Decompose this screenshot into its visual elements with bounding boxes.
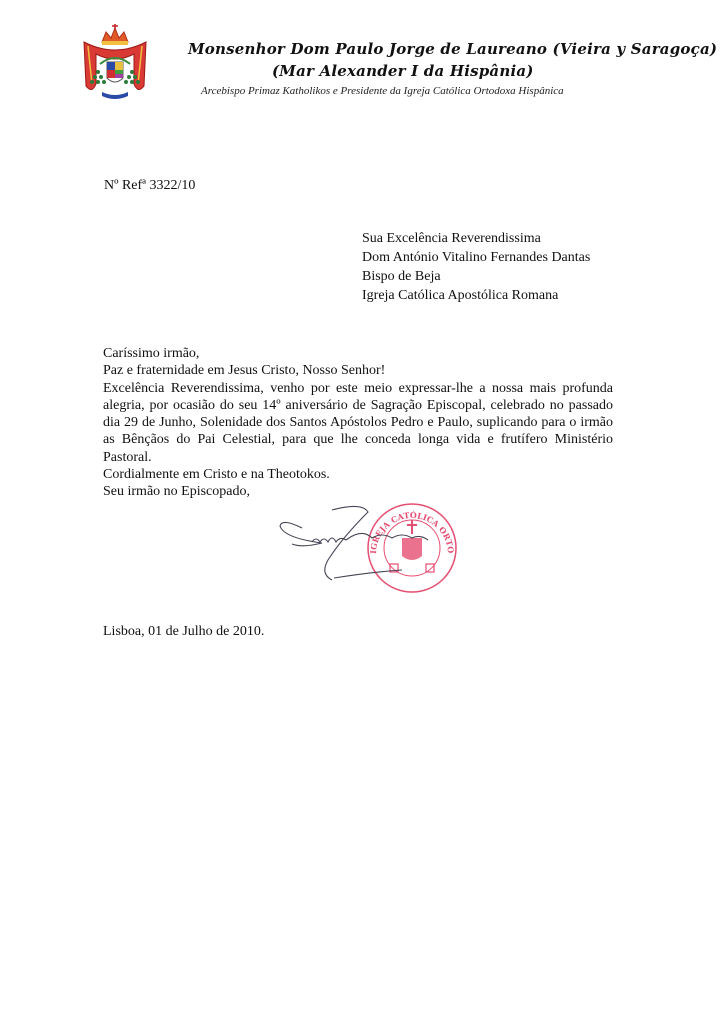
letter-body: Caríssimo irmão, Paz e fraternidade em J… (103, 345, 613, 501)
place-and-date: Lisboa, 01 de Julho de 2010. (103, 624, 264, 640)
addressee-line: Igreja Católica Apostólica Romana (362, 286, 590, 305)
addressee-line: Bispo de Beja (362, 267, 590, 286)
letterhead-subtitle: (Mar Alexander I da Hispânia) (272, 62, 572, 80)
seal-stamp-icon: IGREJA CATÓLICA ORTODOXA HISPÂNICA (272, 498, 456, 592)
greeting: Paz e fraternidade em Jesus Cristo, Noss… (103, 362, 613, 379)
letterhead-role: Arcebispo Primaz Katholikos e Presidente… (201, 85, 601, 97)
addressee-line: Dom António Vitalino Fernandes Dantas (362, 248, 590, 267)
addressee-line: Sua Excelência Reverendissima (362, 229, 590, 248)
coat-of-arms-icon (78, 24, 152, 108)
addressee-block: Sua Excelência Reverendissima Dom Antóni… (362, 229, 590, 305)
signature-and-stamp: IGREJA CATÓLICA ORTODOXA HISPÂNICA (272, 498, 472, 598)
letterhead-title: Monsenhor Dom Paulo Jorge de Laureano (V… (188, 40, 628, 58)
closing: Cordialmente em Cristo e na Theotokos. (103, 466, 613, 483)
main-paragraph: Excelência Reverendissima, venho por est… (103, 380, 613, 466)
reference-number: Nº Refª 3322/10 (104, 178, 195, 194)
salutation: Caríssimo irmão, (103, 345, 613, 362)
